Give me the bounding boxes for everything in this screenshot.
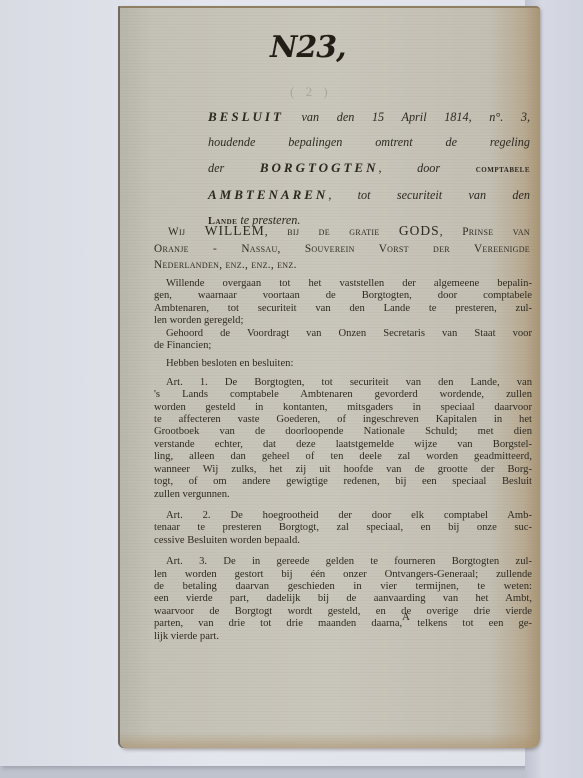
article-2-line: cessive Besluiten worden bepaald. [154,535,532,547]
title-line: AMBTENAREN, tot securiteit van den [208,182,530,208]
title-line: houdende bepalingen omtrent de regeling [208,130,530,155]
article-1-line: te affecteren vaste Goederen, of ingesch… [154,414,532,426]
faint-page-mark: ( 2 ) [290,84,332,100]
article-3-line: een vierde part, dadelijk bij de aanvaar… [154,593,532,605]
sovereign-intitulation: Wij WILLEM, bij de gratie GODS, Prinse v… [154,223,530,274]
article-2-line: tenaar te presteren Borgtogt, zal specia… [154,522,532,534]
intitulation-line: Nederlanden, enz., enz., enz. [154,257,530,274]
preamble-line: gen, waarnaar voortaan de Borgtogten, do… [154,290,532,302]
article-3-line: de betaling daarvan geschieden in vier t… [154,581,532,593]
photo-scene: N23, ( 2 ) BESLUIT van den 15 April 1814… [0,0,583,778]
decree-title: BESLUIT van den 15 April 1814, n°. 3, ho… [208,104,530,234]
intitulation-line: Wij WILLEM, bij de gratie GODS, Prinse v… [154,223,530,241]
article-3-line: lijk vierde part. [154,631,532,643]
preamble-line: len worden geregeld; [154,315,532,327]
preamble-line: Ambtenaren, tot securiteit van den Lande… [154,303,532,315]
handwritten-number: N23, [270,30,346,65]
article-1-line: ling, alleen dan geheel of ten deele zal… [154,451,532,463]
article-3-line: len worden gestort bij één onzer Ontvang… [154,569,532,581]
decree-body: Willende overgaan tot het vaststellen de… [154,278,532,643]
preamble-line: Willende overgaan tot het vaststellen de… [154,278,532,290]
article-1-line: zullen vergunnen. [154,489,532,501]
article-2-line: Art. 2. De hoegrootheid der door elk com… [154,510,532,522]
title-line: BESLUIT van den 15 April 1814, n°. 3, [208,104,530,130]
article-1-line: worden gesteld in kontanten, mitsgaders … [154,402,532,414]
article-1-line: verstande echter, dat deze laatstgemelde… [154,439,532,451]
article-1-line: wanneer Wij zulks, het zij uit hoofde va… [154,464,532,476]
document-page: N23, ( 2 ) BESLUIT van den 15 April 1814… [120,6,540,748]
intitulation-line: Oranje - Nassau, Souverein Vorst der Ver… [154,241,530,258]
article-1-line: 's Lands comptabele Ambtenaren gevorderd… [154,389,532,401]
title-line: der BORGTOGTEN, door comptabele [208,155,530,182]
heard-line: de Financien; [154,340,532,352]
heard-line: Gehoord de Voordragt van Onzen Secretari… [154,328,532,340]
article-1-line: Grootboek van de doorloopende Nationale … [154,426,532,438]
article-3-line: waarvoor de Borgtogt wordt gesteld, en d… [154,606,532,618]
signature-mark: A [402,611,410,623]
article-3-line: parten, van drie tot drie maanden daarna… [154,618,532,630]
article-3-line: Art. 3. De in gereede gelden te fournere… [154,556,532,568]
article-1-line: togt, of om andere gewigtige redenen, bi… [154,476,532,488]
article-1-line: Art. 1. De Borgtogten, tot securiteit va… [154,377,532,389]
decided-line: Hebben besloten en besluiten: [154,358,532,370]
